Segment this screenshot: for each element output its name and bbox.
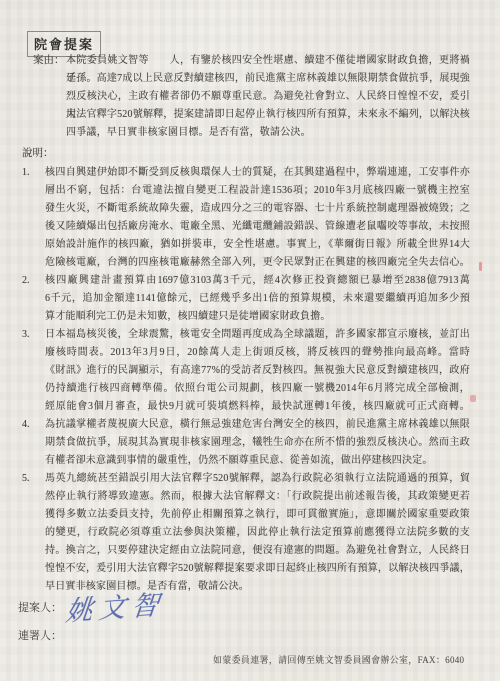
explanation-item-2: 2. 核四廠興建計畫預算由1697億3103萬3千元，經4次修正投資總額已暴增至… (22, 272, 470, 326)
text-line: 為抗議掌權者蔑視廣大民意，橫行無忌強建危害台灣安全的核四，前民進黨主席林義雄以無… (45, 416, 470, 434)
text-line: 核四廠興建計畫預算由1697億3103萬3千元，經4次修正投資總額已暴增至283… (45, 272, 470, 290)
text-line: 烈反核決心，主政有權者卻仍不願尊重民意。為避免社會對立、人民終日惶惶不安，爰引用 (66, 88, 470, 106)
text-line: 層出不窮，包括：台電違法擅自變更工程設計達1536項；2010年3月底核四廠一號… (45, 182, 470, 200)
text-line: 獲得多數立法委員支持，先前停止相關預算之執行，即可貫徹實施」，意即關於國家重要政… (45, 506, 470, 524)
item-text: 日本福島核災後，全球震驚，核電安全問題再度成為全球議題，許多國家都宣示廢核，並訂… (45, 326, 470, 416)
item-text: 為抗議掌權者蔑視廣大民意，橫行無忌強建危害台灣安全的核四，前民進黨主席林義雄以無… (45, 416, 470, 470)
explanation-items: 1. 核四自興建伊始即不斷受到反核與環保人士的質疑，在其興建過程中，弊端連連，工… (22, 164, 470, 596)
text-line: 四爭議，早日實非核家園目標。是否有當，敬請公決。 (66, 124, 470, 142)
case-label: 案由： (33, 52, 66, 142)
explanation-item-5: 5. 馬英九總統甚至錯誤引用大法官釋字520號解釋，認為行政院必須執行立法院通過… (22, 470, 470, 596)
case-summary-section: 案由： 本院委員姚文智等 人，有鑒於核四安全性堪慮、續建不僅徒增國家財政負擔，更… (33, 52, 470, 142)
cosigner-label: 連署人： (18, 628, 62, 644)
item-number: 1. (22, 164, 45, 272)
item-text: 核四廠興建計畫預算由1697億3103萬3千元，經4次修正投資總額已暴增至283… (45, 272, 470, 326)
item-number: 4. (22, 416, 45, 470)
text-line: 6千元，追加金額達1141億餘元，已經幾乎多出1倍的預算規模，未來還要繼續再追加… (45, 290, 470, 308)
item-text: 核四自興建伊始即不斷受到反核與環保人士的質疑，在其興建過程中，弊端連連，工安事件… (45, 164, 470, 272)
text-line: 發生火災，不斷電系統故障失靈，造成四分之三的電容器、七十片系統控制處理器被燒毀；… (45, 200, 470, 218)
text-line: 核四自興建伊始即不斷受到反核與環保人士的質疑，在其興建過程中，弊端連連，工安事件… (45, 164, 470, 182)
item-text: 馬英九總統甚至錯誤引用大法官釋字520號解釋，認為行政院必須執行立法院通過的預算… (45, 470, 470, 596)
text-line: 期禁食做抗爭，展現其為實現非核家園理念，犧牲生命亦在所不惜的強烈反核決心。然而主… (45, 434, 470, 452)
case-text: 本院委員姚文智等 人，有鑒於核四安全性堪慮、續建不僅徒增國家財政負擔，更將禍延 … (66, 52, 470, 142)
text-line: 惶惶不安，爰引用大法官釋字520號解釋提案要求即日起終止核四所有預算，以解決核四… (45, 560, 470, 578)
explanation-item-3: 3. 日本福島核災後，全球震驚，核電安全問題再度成為全球議題，許多國家都宣示廢核… (22, 326, 470, 416)
text-line: 本院委員姚文智等 人，有鑒於核四安全性堪慮、續建不僅徒增國家財政負擔，更將禍延 (66, 52, 470, 70)
text-line: 經原能會3個月審查，最快9月就可裝填燃料棒，最快試運轉1年後，核四廠就可正式商轉… (45, 398, 470, 416)
explanation-label: 說明： (22, 145, 54, 163)
text-line: 然停止執行將導致違憲。然而，根據大法官解釋文：「行政院提出前述報告後，其政策變更… (45, 488, 470, 506)
text-line: 後又陸續爆出包括廠房淹水、電廠全黑、光纖電纜鋪設錯誤、管線遭老鼠囓咬等事故，未按… (45, 218, 470, 236)
explanation-item-4: 4. 為抗議掌權者蔑視廣大民意，橫行無忌強建危害台灣安全的核四，前民進黨主席林義… (22, 416, 470, 470)
item-number: 3. (22, 326, 45, 416)
text-line: 算才能順利完工仍是未知數，核四續建只是徒增國家財政負擔。 (45, 308, 470, 326)
text-line: 有權者卻未意識到事情的嚴重性，仍然不願尊重民意、從善如流，做出停建核四決定。 (45, 452, 470, 470)
proposer-label: 提案人： (18, 600, 62, 616)
text-line: 持。換言之，只要停建決定經由立法院同意，便沒有違憲的問題。為避免社會對立，人民終… (45, 542, 470, 560)
text-line: 原始設計施作的核四廠，猶如拼裝車，安全性堪慮。事實上，《華爾街日報》所載全世界1… (45, 236, 470, 254)
text-line: 大法官釋字520號解釋，提案建請即日起停止執行核四所有預算，未來永不編列，以解決… (66, 106, 470, 124)
text-line: 仍持續進行核四商轉準備。依照台電公司規劃，核四廠一號機2014年6月將完成全部檢… (45, 380, 470, 398)
text-line: 危險核電廠，台灣的四座核電廠赫然全部入列，更令民眾對正在興建的核四廠完全失去信心… (45, 254, 470, 272)
explanation-item-1: 1. 核四自興建伊始即不斷受到反核與環保人士的質疑，在其興建過程中，弊端連連，工… (22, 164, 470, 272)
item-number: 2. (22, 272, 45, 326)
text-line: 《財訊》進行的民調顯示，有高達77%的受訪者反對核四。無視強大民意反對續建核四，… (45, 362, 470, 380)
text-line: 子孫。高達7成以上民意反對續建核四，前民進黨主席林義雄以無限期禁食做抗爭，展現強 (66, 70, 470, 88)
text-line: 馬英九總統甚至錯誤引用大法官釋字520號解釋，認為行政院必須執行立法院通過的預算… (45, 470, 470, 488)
text-line: 日本福島核災後，全球震驚，核電安全問題再度成為全球議題，許多國家都宣示廢核，並訂… (45, 326, 470, 344)
item-number: 5. (22, 470, 45, 596)
red-ink-mark (470, 395, 476, 402)
proposer-signature: 姚文智 (64, 582, 167, 628)
red-ink-mark (479, 262, 482, 271)
fax-instruction: 如蒙委員連署，請回傳至姚文智委員國會辦公室，FAX：6040 (213, 653, 464, 666)
text-line: 的變更，行政院必須尊重立法參與決策權，因此停止執行法定預算前應獲得立法院多數的支 (45, 524, 470, 542)
text-line: 廢核時間表。2013年3月9日，20餘萬人走上街頭反核，將反核四的聲勢推向最高峰… (45, 344, 470, 362)
